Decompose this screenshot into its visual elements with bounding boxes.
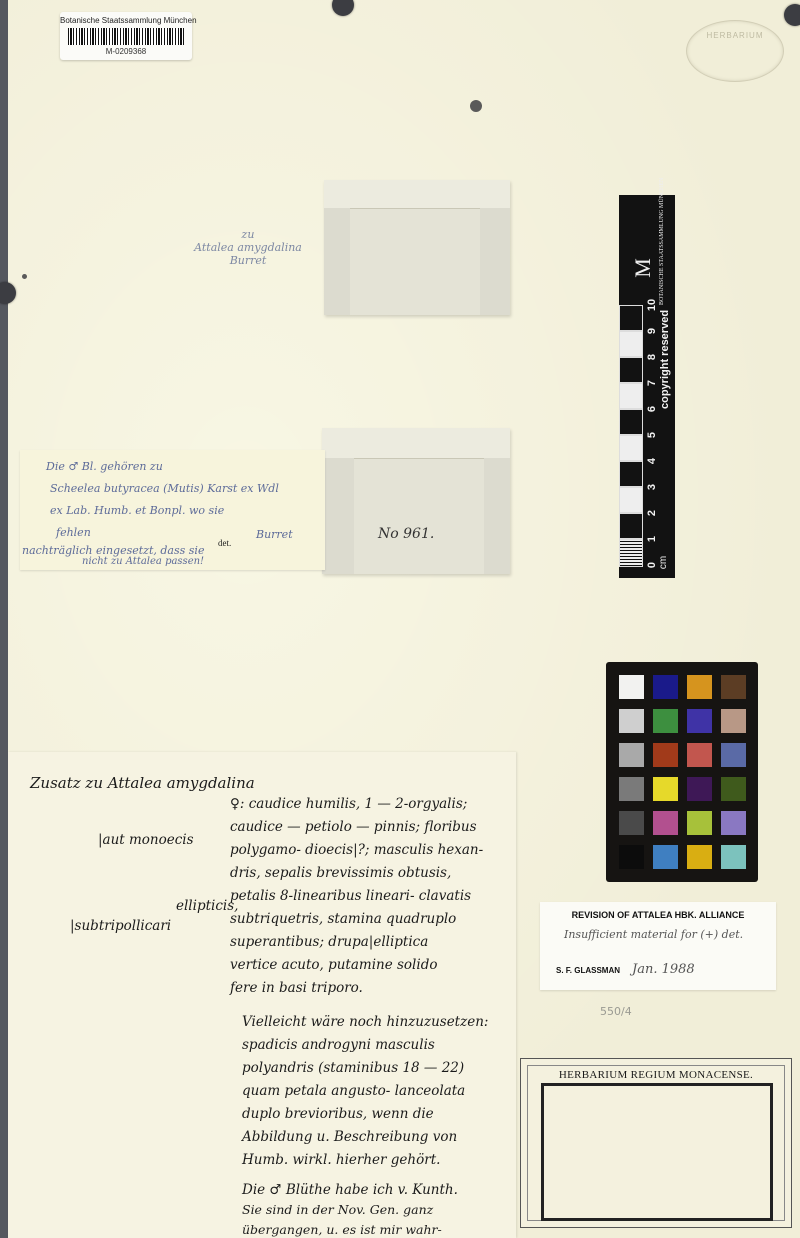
label-empty-box (541, 1083, 773, 1221)
manuscript-heading: Zusatz zu Attalea amygdalina (30, 774, 255, 792)
pencil-annotation: zu Attalea amygdalina Burret (183, 228, 313, 267)
color-chip (653, 811, 678, 835)
german-line: Vielleicht wäre noch hinzuzusetzen: (242, 1014, 488, 1030)
mounting-pin (332, 0, 354, 16)
german-line: Die ♂ Blüthe habe ich v. Kunth. (242, 1182, 458, 1198)
color-chip (687, 777, 712, 801)
latin-line: caudice — petiolo — pinnis; floribus (230, 819, 477, 835)
mounting-pin (784, 4, 800, 26)
margin-note: |aut monoecis (98, 832, 194, 848)
herbarium-sheet: Botanische Staatssammlung München M-0209… (8, 0, 800, 1238)
envelope-flap (322, 428, 510, 459)
envelope-flap (324, 180, 510, 209)
determination-label: Die ♂ Bl. gehören zu Scheelea butyracea … (20, 450, 325, 570)
barcode-institution: Botanische Staatssammlung München (60, 16, 192, 25)
det-signature: Burret (256, 528, 293, 541)
color-chip (721, 675, 746, 699)
ink-spot (470, 100, 482, 112)
manuscript-sheet: Zusatz zu Attalea amygdalina |aut monoec… (8, 752, 516, 1238)
color-chip (619, 709, 644, 733)
color-chip (619, 743, 644, 767)
german-line: spadicis androgyni masculis (242, 1037, 435, 1053)
specimen-envelope-lower[interactable]: No 961. (322, 428, 510, 574)
mounting-pin (0, 282, 16, 304)
german-line: duplo brevioribus, wenn die (242, 1106, 434, 1122)
pencil-number: 550/4 (600, 1005, 632, 1018)
latin-line: vertice acuto, putamine solido (230, 957, 437, 973)
det-line: ex Lab. Humb. et Bonpl. wo sie (50, 504, 224, 517)
color-chip (653, 777, 678, 801)
latin-line: dris, sepalis brevissimis obtusis, (230, 865, 451, 881)
german-line: polyandris (staminibus 18 — 22) (242, 1060, 464, 1076)
envelope-number: No 961. (378, 526, 434, 542)
margin-note: |subtripollicari (70, 918, 171, 934)
latin-line: polygamo- dioecis|?; masculis hexan- (230, 842, 483, 858)
revision-title: REVISION OF ATTALEA HBK. ALLIANCE (540, 910, 776, 920)
ruler (619, 305, 643, 567)
envelope-side (480, 208, 510, 315)
latin-line: superantibus; drupa|elliptica (230, 934, 428, 950)
pencil-line: Attalea amygdalina (183, 241, 313, 254)
det-line: fehlen (56, 526, 91, 539)
color-chip (653, 675, 678, 699)
revision-label: REVISION OF ATTALEA HBK. ALLIANCE Insuff… (540, 902, 776, 990)
revision-note: Insufficient material for (+) det. (564, 928, 743, 941)
color-chip (721, 709, 746, 733)
scale-unit: cm (658, 556, 669, 569)
color-chip (721, 777, 746, 801)
det-line: Die ♂ Bl. gehören zu (46, 460, 163, 473)
determiner-name: S. F. GLASSMAN (556, 966, 620, 975)
latin-line: petalis 8-linearibus lineari- clavatis (230, 888, 471, 904)
herbarium-label: HERBARIUM REGIUM MONACENSE. (520, 1058, 792, 1228)
scale-bar: BOTANISCHE STAATSSAMMLUNG MÜNCHEN M 10 9… (619, 195, 675, 578)
color-chip (687, 743, 712, 767)
color-chip (619, 777, 644, 801)
color-chip (721, 845, 746, 869)
german-line: quam petala angusto- lanceolata (242, 1083, 465, 1099)
herbarium-title: HERBARIUM REGIUM MONACENSE. (521, 1069, 791, 1081)
revision-date: Jan. 1988 (632, 962, 695, 977)
envelope-side (322, 458, 354, 574)
copyright-text: copyright reserved (659, 310, 671, 409)
det-line: Scheelea butyracea (Mutis) Karst ex Wdl (50, 482, 279, 495)
color-chip (619, 675, 644, 699)
latin-line: ♀: caudice humilis, 1 — 2-orgyalis; (230, 796, 467, 812)
barcode-number: M-0209368 (60, 47, 192, 56)
envelope-side (324, 208, 350, 315)
pencil-line: zu (183, 228, 313, 241)
envelope-side (484, 458, 510, 574)
color-chip (721, 743, 746, 767)
color-checker (606, 662, 758, 882)
color-chip (687, 811, 712, 835)
pencil-line: Burret (183, 254, 313, 267)
german-line: Abbildung u. Beschreibung von (242, 1129, 457, 1145)
color-chip (653, 709, 678, 733)
german-line: Sie sind in der Nov. Gen. ganz (242, 1202, 433, 1217)
latin-line: fere in basi triporo. (230, 980, 363, 996)
color-chip (619, 811, 644, 835)
color-chip (653, 743, 678, 767)
color-chip (721, 811, 746, 835)
color-chip (619, 845, 644, 869)
specimen-envelope-upper[interactable] (324, 180, 510, 315)
color-chip (687, 845, 712, 869)
det-abbrev: det. (218, 538, 231, 548)
german-line: übergangen, u. es ist mir wahr- (242, 1222, 442, 1237)
latin-line: subtriquetris, stamina quadruplo (230, 911, 456, 927)
ruler-ticks: 10 9 8 7 6 5 4 3 2 1 0 (645, 305, 659, 567)
embossed-stamp: HERBARIUM (686, 20, 784, 82)
color-chip (653, 845, 678, 869)
color-chip (687, 675, 712, 699)
emboss-text: HERBARIUM (687, 31, 783, 40)
german-line: Humb. wirkl. hierher gehört. (242, 1152, 440, 1168)
barcode-icon (68, 28, 184, 45)
institution-logo-icon: M (630, 258, 656, 278)
ink-spot (22, 274, 27, 279)
barcode-label: Botanische Staatssammlung München M-0209… (60, 12, 192, 60)
frame-left-edge (0, 0, 8, 1238)
color-chip (687, 709, 712, 733)
scale-institution: BOTANISCHE STAATSSAMMLUNG MÜNCHEN (659, 178, 666, 305)
det-line: nicht zu Attalea passen! (82, 556, 204, 567)
